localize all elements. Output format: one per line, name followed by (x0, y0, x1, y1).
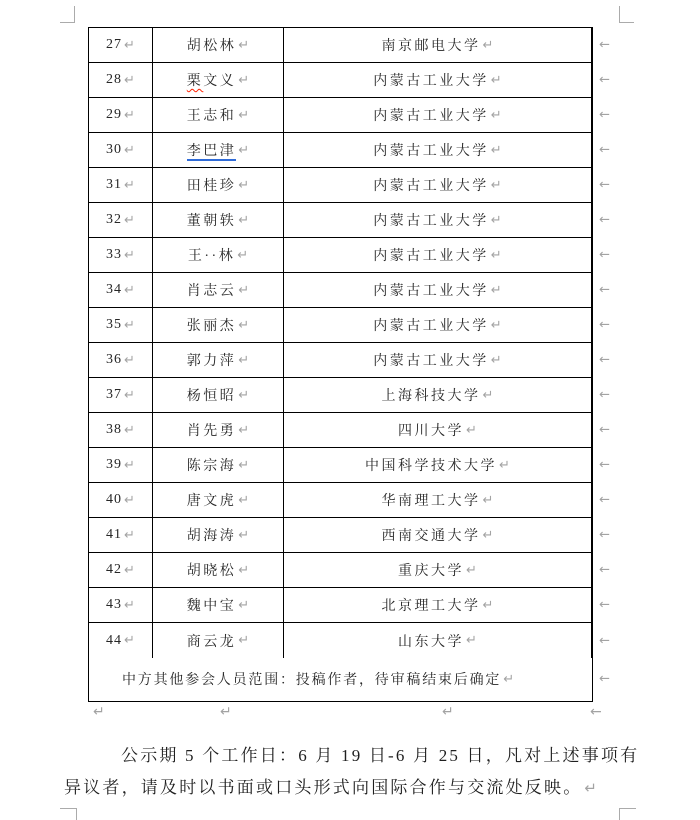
row-end-mark-icon: ← (599, 494, 610, 507)
cell-end-mark-icon: ↵ (124, 354, 135, 367)
cell-end-mark-icon: ↵ (491, 319, 502, 332)
cell-name: 魏中宝↵ (153, 588, 284, 622)
cell-university: 内蒙古工业大学↵ (284, 203, 592, 237)
paragraph-mark-icon: ↵ (220, 705, 232, 719)
university-name: 西南交通大学 (382, 525, 481, 545)
cell-end-mark-icon: ↵ (238, 179, 249, 192)
cell-number: 33↵ (89, 238, 153, 272)
cell-name: 张丽杰↵ (153, 308, 284, 342)
cell-end-mark-icon: ↵ (238, 634, 249, 647)
cell-name: 唐文虎↵ (153, 483, 284, 517)
cell-end-mark-icon: ↵ (238, 599, 249, 612)
cell-end-mark-icon: ↵ (238, 319, 249, 332)
cell-name: 郭力萍↵ (153, 343, 284, 377)
row-end-mark-icon: ← (599, 564, 610, 577)
crop-mark-top-left-icon (60, 6, 75, 23)
cell-end-mark-icon: ↵ (491, 214, 502, 227)
university-name: 内蒙古工业大学 (373, 175, 489, 195)
cell-end-mark-icon: ↵ (238, 284, 249, 297)
cell-name: 肖志云↵ (153, 273, 284, 307)
cell-end-mark-icon: ↵ (124, 74, 135, 87)
cell-number: 32↵ (89, 203, 153, 237)
cell-number: 35↵ (89, 308, 153, 342)
cell-end-mark-icon: ↵ (238, 459, 249, 472)
cell-end-mark-icon: ↵ (124, 494, 135, 507)
cell-number: 28↵ (89, 63, 153, 97)
person-name: 胡海涛 (187, 525, 237, 545)
row-end-mark-icon: ← (599, 424, 610, 437)
row-end-mark-icon: ← (599, 319, 610, 332)
row-end-mark-icon: ← (599, 74, 610, 87)
cell-end-mark-icon: ↵ (483, 494, 494, 507)
paragraph-mark-icon: ↵ (584, 779, 597, 797)
row-end-mark-icon: ← (599, 599, 610, 612)
row-number: 42 (106, 562, 122, 578)
row-end-mark-icon: ← (599, 179, 610, 192)
row-number: 41 (106, 527, 122, 543)
cell-end-mark-icon: ↵ (466, 424, 477, 437)
cell-university: 内蒙古工业大学↵ (284, 238, 592, 272)
cell-end-mark-icon: ↵ (491, 284, 502, 297)
university-name: 内蒙古工业大学 (373, 210, 489, 230)
row-end-mark-icon: ← (599, 459, 610, 472)
cell-number: 29↵ (89, 98, 153, 132)
row-end-mark-icon: ← (599, 39, 610, 52)
cell-university: 重庆大学↵ (284, 553, 592, 587)
cell-end-mark-icon: ↵ (124, 459, 135, 472)
row-number: 36 (106, 352, 122, 368)
cell-end-mark-icon: ↵ (483, 529, 494, 542)
cell-number: 40↵ (89, 483, 153, 517)
cell-number: 42↵ (89, 553, 153, 587)
cell-end-mark-icon: ↵ (124, 424, 135, 437)
cell-university: 南京邮电大学↵ (284, 28, 592, 62)
row-number: 34 (106, 282, 122, 298)
table-row: 30↵李巴津↵内蒙古工业大学↵← (89, 133, 592, 168)
notice-paragraph: 公示期 5 个工作日：6 月 19 日-6 月 25 日，凡对上述事项有 异议者… (64, 740, 624, 804)
row-number: 37 (106, 387, 122, 403)
university-name: 上海科技大学 (382, 385, 481, 405)
row-end-mark-icon: ← (599, 284, 610, 297)
cell-number: 34↵ (89, 273, 153, 307)
cell-end-mark-icon: ↵ (124, 214, 135, 227)
cell-end-mark-icon: ↵ (238, 109, 249, 122)
table-footer-text: 中方其他参会人员范围：投稿作者，待审稿结束后确定 (122, 669, 501, 689)
cell-university: 内蒙古工业大学↵ (284, 63, 592, 97)
cell-end-mark-icon: ↵ (466, 564, 477, 577)
row-number: 27 (106, 37, 122, 53)
cell-end-mark-icon: ↵ (491, 109, 502, 122)
cell-end-mark-icon: ↵ (238, 354, 249, 367)
person-name: 李巴津 (187, 140, 237, 160)
attendee-table: 27↵胡松林↵南京邮电大学↵←28↵栗文义↵内蒙古工业大学↵←29↵王志和↵内蒙… (88, 27, 593, 702)
university-name: 内蒙古工业大学 (373, 70, 489, 90)
cell-end-mark-icon: ↵ (238, 389, 249, 402)
cell-name: 栗文义↵ (153, 63, 284, 97)
person-name: 陈宗海 (187, 455, 237, 475)
table-row: 43↵魏中宝↵北京理工大学↵← (89, 588, 592, 623)
crop-mark-bottom-left-icon (60, 808, 77, 820)
cell-end-mark-icon: ↵ (238, 39, 249, 52)
university-name: 重庆大学 (398, 560, 464, 580)
row-end-mark-icon: ← (599, 354, 610, 367)
table-row: 33↵王··林↵内蒙古工业大学↵← (89, 238, 592, 273)
row-number: 31 (106, 177, 122, 193)
table-row: 37↵杨恒昭↵上海科技大学↵← (89, 378, 592, 413)
cell-end-mark-icon: ↵ (124, 144, 135, 157)
cell-end-mark-icon: ↵ (238, 529, 249, 542)
row-end-mark-icon: ← (599, 529, 610, 542)
table-row: 39↵陈宗海↵中国科学技术大学↵← (89, 448, 592, 483)
cell-end-mark-icon: ↵ (124, 319, 135, 332)
cell-name: 王志和↵ (153, 98, 284, 132)
cell-end-mark-icon: ↵ (124, 284, 135, 297)
person-name: 王··林 (188, 245, 235, 265)
row-number: 28 (106, 72, 122, 88)
cell-end-mark-icon: ↵ (238, 214, 249, 227)
person-name: 田桂珍 (187, 175, 237, 195)
cell-name: 胡海涛↵ (153, 518, 284, 552)
cell-university: 华南理工大学↵ (284, 483, 592, 517)
cell-end-mark-icon: ↵ (124, 634, 135, 647)
university-name: 华南理工大学 (382, 490, 481, 510)
cell-number: 41↵ (89, 518, 153, 552)
cell-end-mark-icon: ↵ (483, 389, 494, 402)
table-row: 27↵胡松林↵南京邮电大学↵← (89, 28, 592, 63)
cell-university: 内蒙古工业大学↵ (284, 343, 592, 377)
row-end-mark-icon: ← (599, 673, 610, 686)
cell-end-mark-icon: ↵ (483, 39, 494, 52)
row-number: 30 (106, 142, 122, 158)
cell-name: 李巴津↵ (153, 133, 284, 167)
row-end-mark-icon: ← (590, 705, 602, 719)
paragraph-mark-icon: ↵ (93, 705, 105, 719)
person-name: 胡松林 (187, 35, 237, 55)
university-name: 内蒙古工业大学 (373, 140, 489, 160)
cell-end-mark-icon: ↵ (238, 494, 249, 507)
cell-end-mark-icon: ↵ (503, 673, 514, 686)
cell-number: 39↵ (89, 448, 153, 482)
university-name: 内蒙古工业大学 (373, 350, 489, 370)
person-name: 肖志云 (187, 280, 237, 300)
row-end-mark-icon: ← (599, 109, 610, 122)
cell-university: 四川大学↵ (284, 413, 592, 447)
crop-mark-bottom-right-icon (619, 808, 636, 820)
cell-end-mark-icon: ↵ (238, 424, 249, 437)
paragraph-mark-icon: ↵ (442, 705, 454, 719)
document-page: 27↵胡松林↵南京邮电大学↵←28↵栗文义↵内蒙古工业大学↵←29↵王志和↵内蒙… (0, 0, 700, 820)
row-end-mark-icon: ← (599, 214, 610, 227)
university-name: 内蒙古工业大学 (373, 105, 489, 125)
person-name: 肖先勇 (187, 420, 237, 440)
cell-number: 38↵ (89, 413, 153, 447)
cell-university: 内蒙古工业大学↵ (284, 168, 592, 202)
cell-university: 北京理工大学↵ (284, 588, 592, 622)
notice-line-2-text: 异议者，请及时以书面或口头形式向国际合作与交流处反映。 (64, 778, 582, 797)
row-end-mark-icon: ← (599, 249, 610, 262)
cell-end-mark-icon: ↵ (491, 144, 502, 157)
row-number: 44 (106, 633, 122, 649)
table-row: 31↵田桂珍↵内蒙古工业大学↵← (89, 168, 592, 203)
person-name: 杨恒昭 (187, 385, 237, 405)
person-name: 郭力萍 (187, 350, 237, 370)
cell-university: 山东大学↵ (284, 623, 592, 658)
table-row: 36↵郭力萍↵内蒙古工业大学↵← (89, 343, 592, 378)
university-name: 南京邮电大学 (382, 35, 481, 55)
cell-end-mark-icon: ↵ (238, 144, 249, 157)
cell-university: 内蒙古工业大学↵ (284, 98, 592, 132)
cell-name: 商云龙↵ (153, 623, 284, 658)
cell-university: 内蒙古工业大学↵ (284, 133, 592, 167)
cell-end-mark-icon: ↵ (124, 599, 135, 612)
cell-end-mark-icon: ↵ (124, 389, 135, 402)
attendee-table-body: 27↵胡松林↵南京邮电大学↵←28↵栗文义↵内蒙古工业大学↵←29↵王志和↵内蒙… (89, 28, 592, 658)
row-number: 40 (106, 492, 122, 508)
cell-university: 内蒙古工业大学↵ (284, 308, 592, 342)
cell-number: 37↵ (89, 378, 153, 412)
cell-end-mark-icon: ↵ (124, 109, 135, 122)
cell-end-mark-icon: ↵ (237, 249, 248, 262)
university-name: 北京理工大学 (382, 595, 481, 615)
table-row: 38↵肖先勇↵四川大学↵← (89, 413, 592, 448)
row-number: 39 (106, 457, 122, 473)
cell-end-mark-icon: ↵ (124, 564, 135, 577)
cell-number: 43↵ (89, 588, 153, 622)
table-row: 28↵栗文义↵内蒙古工业大学↵← (89, 63, 592, 98)
table-row: 34↵肖志云↵内蒙古工业大学↵← (89, 273, 592, 308)
person-name: 张丽杰 (187, 315, 237, 335)
cell-name: 陈宗海↵ (153, 448, 284, 482)
cell-end-mark-icon: ↵ (124, 179, 135, 192)
table-row: 42↵胡晓松↵重庆大学↵← (89, 553, 592, 588)
table-row: 35↵张丽杰↵内蒙古工业大学↵← (89, 308, 592, 343)
cell-number: 30↵ (89, 133, 153, 167)
cell-name: 王··林↵ (153, 238, 284, 272)
cell-number: 31↵ (89, 168, 153, 202)
table-footer-row: 中方其他参会人员范围：投稿作者，待审稿结束后确定↵ ← (89, 658, 592, 701)
row-number: 38 (106, 422, 122, 438)
person-name: 魏中宝 (187, 595, 237, 615)
table-row: 41↵胡海涛↵西南交通大学↵← (89, 518, 592, 553)
cell-name: 董朝轶↵ (153, 203, 284, 237)
cell-end-mark-icon: ↵ (491, 179, 502, 192)
person-name: 董朝轶 (187, 210, 237, 230)
row-end-mark-icon: ← (599, 634, 610, 647)
person-name: 胡晓松 (187, 560, 237, 580)
cell-end-mark-icon: ↵ (483, 599, 494, 612)
person-name: 商云龙 (187, 631, 237, 651)
cell-end-mark-icon: ↵ (491, 249, 502, 262)
cell-name: 田桂珍↵ (153, 168, 284, 202)
cell-university: 西南交通大学↵ (284, 518, 592, 552)
cell-number: 27↵ (89, 28, 153, 62)
row-number: 33 (106, 247, 122, 263)
row-end-mark-icon: ← (599, 389, 610, 402)
cell-university: 上海科技大学↵ (284, 378, 592, 412)
university-name: 内蒙古工业大学 (373, 245, 489, 265)
university-name: 中国科学技术大学 (365, 455, 497, 475)
cell-name: 胡晓松↵ (153, 553, 284, 587)
cell-end-mark-icon: ↵ (124, 39, 135, 52)
notice-line-1: 公示期 5 个工作日：6 月 19 日-6 月 25 日，凡对上述事项有 (64, 740, 624, 772)
cell-university: 中国科学技术大学↵ (284, 448, 592, 482)
row-number: 43 (106, 597, 122, 613)
notice-line-2: 异议者，请及时以书面或口头形式向国际合作与交流处反映。↵ (64, 772, 624, 804)
cell-name: 胡松林↵ (153, 28, 284, 62)
row-end-mark-icon: ← (599, 144, 610, 157)
university-name: 山东大学 (398, 631, 464, 651)
row-number: 32 (106, 212, 122, 228)
table-row: 40↵唐文虎↵华南理工大学↵← (89, 483, 592, 518)
table-row: 44↵商云龙↵山东大学↵← (89, 623, 592, 658)
university-name: 四川大学 (398, 420, 464, 440)
cell-end-mark-icon: ↵ (124, 529, 135, 542)
cell-end-mark-icon: ↵ (491, 74, 502, 87)
university-name: 内蒙古工业大学 (373, 280, 489, 300)
cell-name: 肖先勇↵ (153, 413, 284, 447)
crop-mark-top-right-icon (619, 6, 634, 23)
cell-end-mark-icon: ↵ (491, 354, 502, 367)
cell-end-mark-icon: ↵ (124, 249, 135, 262)
cell-name: 杨恒昭↵ (153, 378, 284, 412)
cell-end-mark-icon: ↵ (499, 459, 510, 472)
person-name: 栗文义 (187, 70, 237, 90)
person-name: 王志和 (187, 105, 237, 125)
row-number: 29 (106, 107, 122, 123)
row-number: 35 (106, 317, 122, 333)
cell-number: 44↵ (89, 623, 153, 658)
cell-end-mark-icon: ↵ (466, 634, 477, 647)
university-name: 内蒙古工业大学 (373, 315, 489, 335)
cell-end-mark-icon: ↵ (238, 74, 249, 87)
cell-university: 内蒙古工业大学↵ (284, 273, 592, 307)
table-row: 32↵董朝轶↵内蒙古工业大学↵← (89, 203, 592, 238)
cell-number: 36↵ (89, 343, 153, 377)
person-name: 唐文虎 (187, 490, 237, 510)
cell-end-mark-icon: ↵ (238, 564, 249, 577)
table-row: 29↵王志和↵内蒙古工业大学↵← (89, 98, 592, 133)
